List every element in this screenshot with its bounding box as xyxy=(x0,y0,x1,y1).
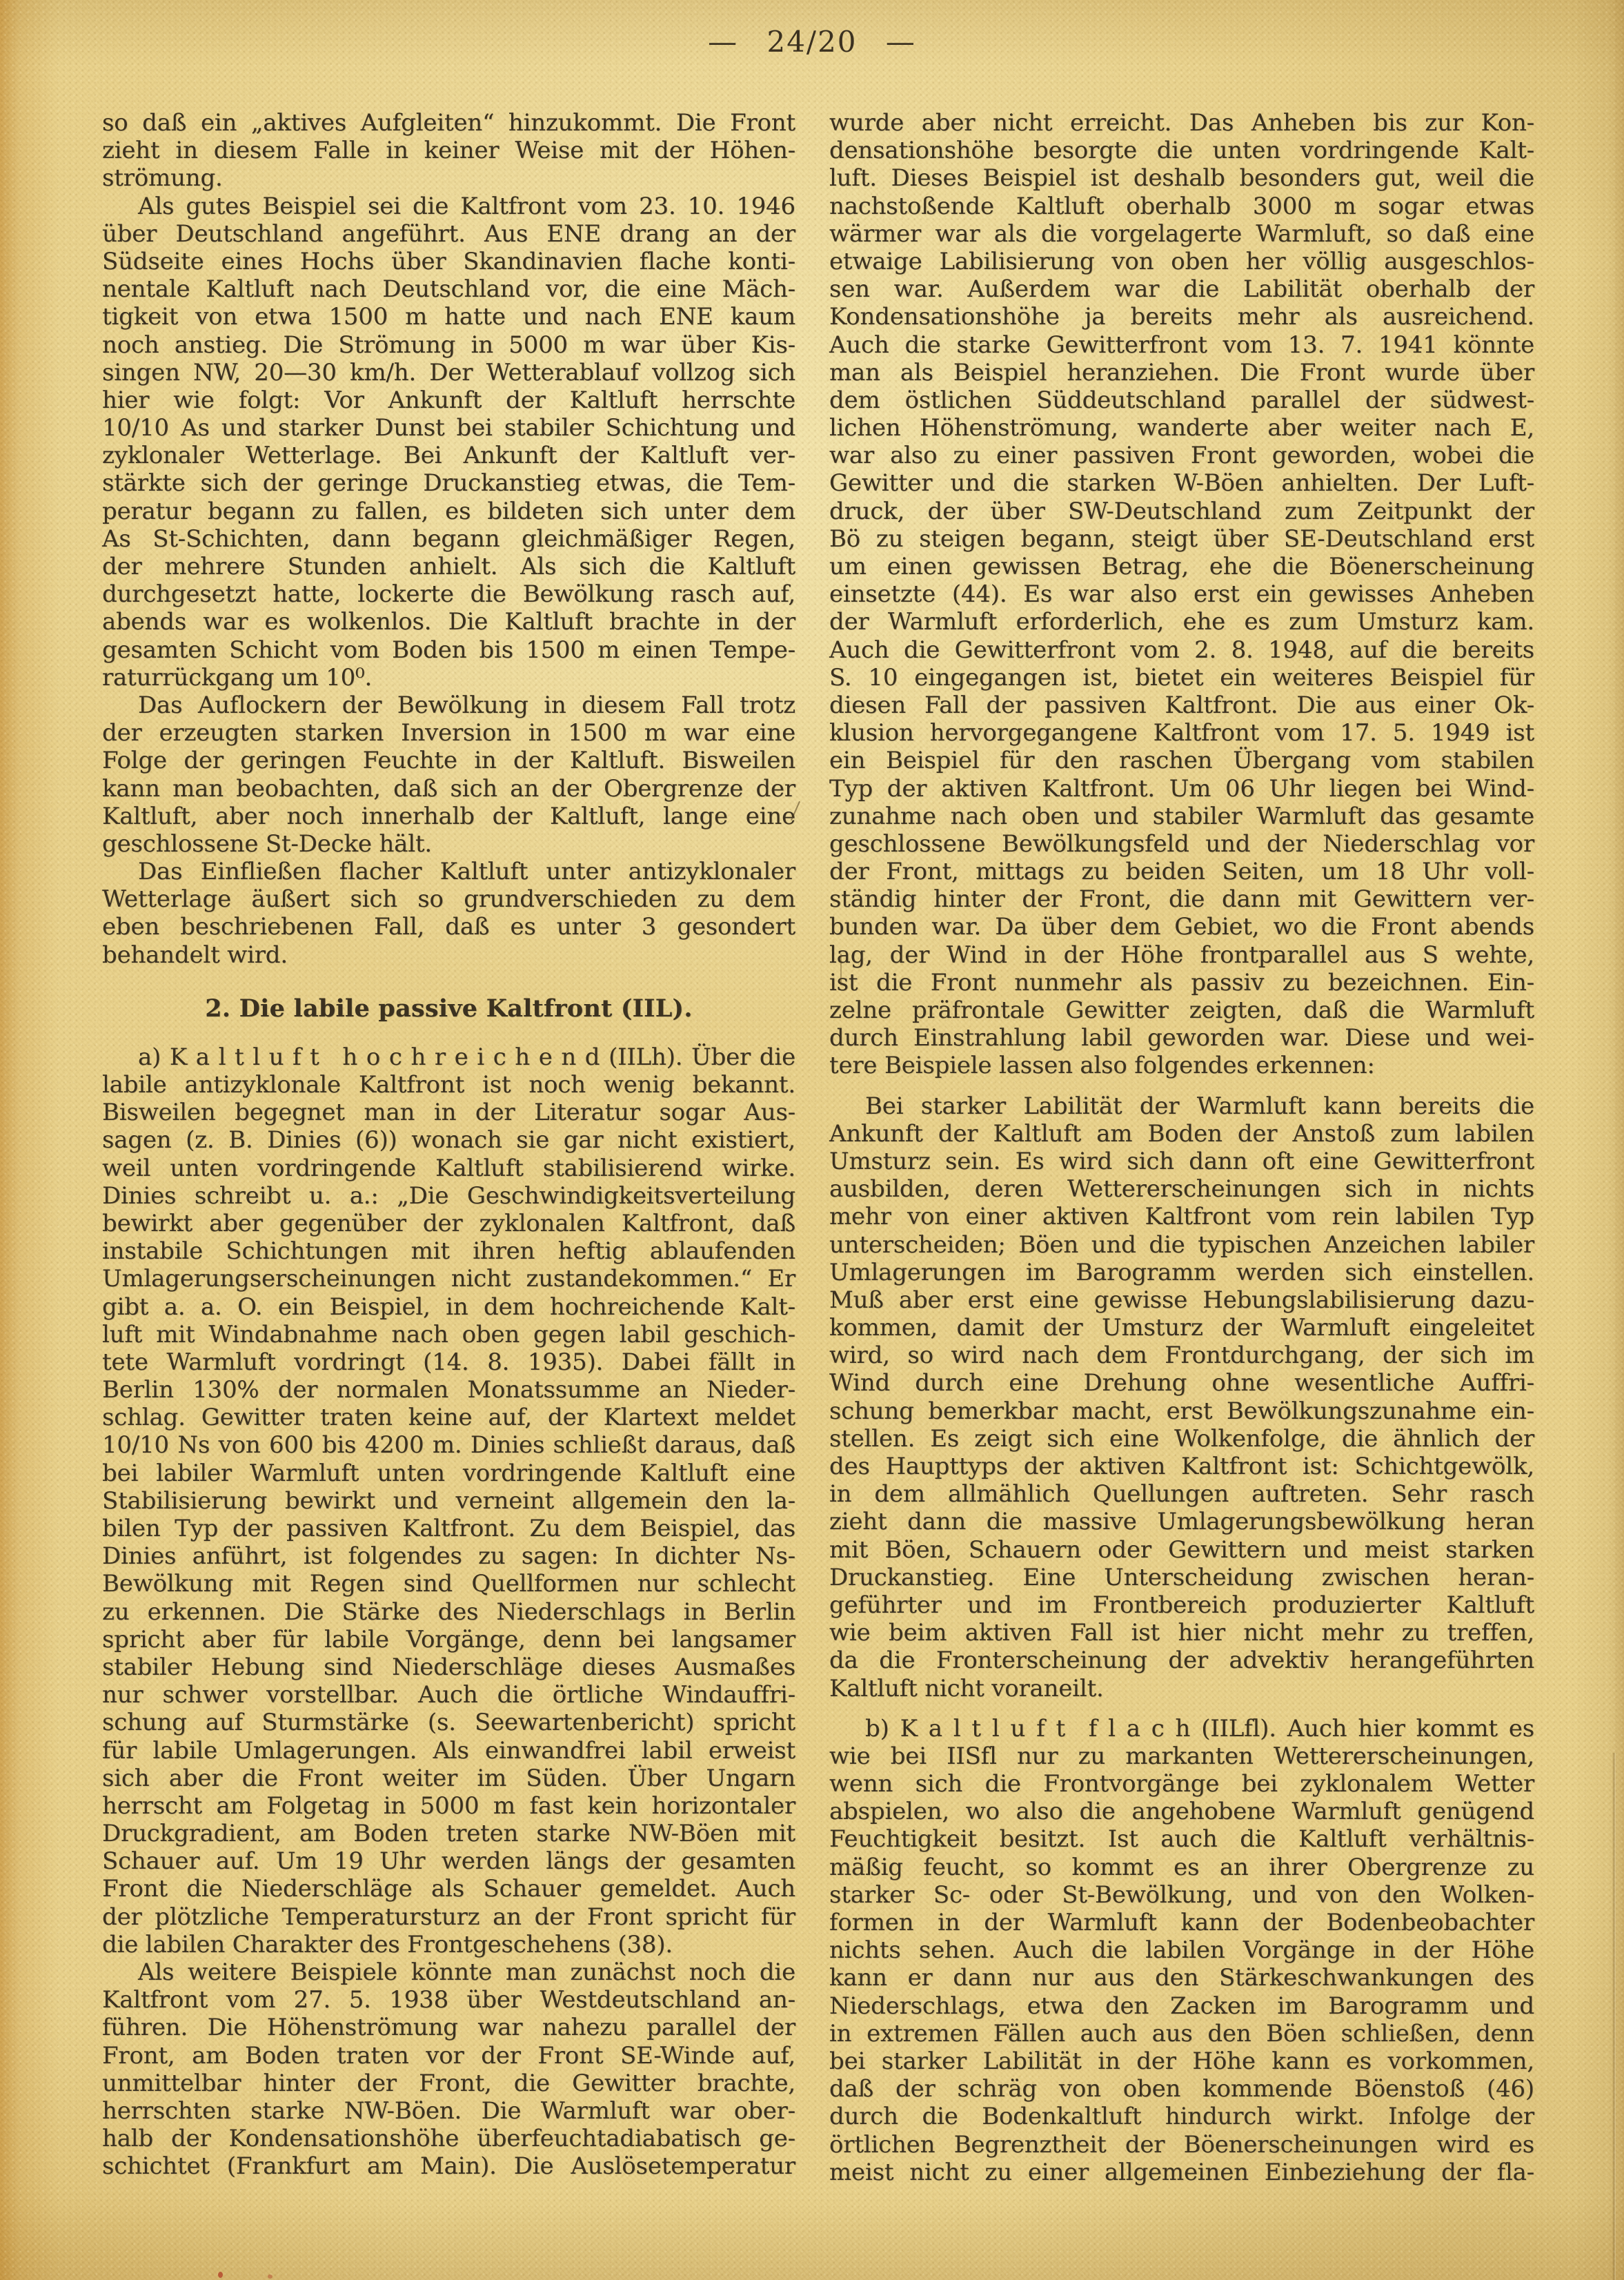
paragraph: wurde aber nicht erreicht. Das Anheben b… xyxy=(829,109,1534,1080)
text-line: Südseite eines Hochs über Skandinavien f… xyxy=(102,248,795,275)
paragraph: a) K a l t l u f t h o c h r e i c h e n… xyxy=(102,1043,795,1958)
text-line: Front die Niederschläge als Schauer geme… xyxy=(102,1875,795,1903)
text-line: wenn sich die Frontvorgänge bei zyklonal… xyxy=(829,1770,1534,1798)
paragraph: b) K a l t l u f t f l a c h (IILfl). Au… xyxy=(829,1715,1534,2186)
paragraph: Als weitere Beispiele könnte man zunächs… xyxy=(102,1958,795,2181)
text-line: abends war es wolkenlos. Die Kaltluft br… xyxy=(102,608,795,636)
text-line: druck, der über SW-Deutschland zum Zeitp… xyxy=(829,498,1534,525)
text-line: eben beschriebenen Fall, daß es unter 3 … xyxy=(102,913,795,941)
text-line: zieht dann die massive Umlagerungsbewölk… xyxy=(829,1508,1534,1535)
text-line: der erzeugten starken Inversion in 1500 … xyxy=(102,719,795,747)
text-line: Bei starker Labilität der Warmluft kann … xyxy=(829,1092,1534,1120)
text-line: Kaltluft nicht voraneilt. xyxy=(829,1675,1534,1702)
text-line: einsetzte (44). Es war also erst ein gew… xyxy=(829,580,1534,608)
text-line: As St-Schichten, dann begann gleichmäßig… xyxy=(102,525,795,553)
text-line: etwaige Labilisierung von oben her völli… xyxy=(829,248,1534,275)
text-line: bunden war. Da über dem Gebiet, wo die F… xyxy=(829,913,1534,941)
text-line: lag, der Wind in der Höhe frontparallel … xyxy=(829,941,1534,969)
text-line: schlag. Gewitter traten keine auf, der K… xyxy=(102,1404,795,1431)
text-line: luft mit Windabnahme nach oben gegen lab… xyxy=(102,1321,795,1348)
text-line: dem östlichen Süddeutschland parallel de… xyxy=(829,386,1534,414)
text-line: Typ der aktiven Kaltfront. Um 06 Uhr lie… xyxy=(829,775,1534,803)
text-line: Front, am Boden traten vor der Front SE-… xyxy=(102,2042,795,2070)
text-line: nur schwer vorstellbar. Auch die örtlich… xyxy=(102,1681,795,1709)
text-line: der mehrere Stunden anhielt. Als sich di… xyxy=(102,553,795,580)
text-line: war also zu einer passiven Front geworde… xyxy=(829,442,1534,469)
text-line: Kondensationshöhe ja bereits mehr als au… xyxy=(829,303,1534,331)
text-line: Bewölkung mit Regen sind Quellformen nur… xyxy=(102,1570,795,1598)
text-line: in dem allmählich Quellungen auftreten. … xyxy=(829,1480,1534,1508)
paragraph: Das Auflockern der Bewölkung in diesem F… xyxy=(102,691,795,858)
text-line: lichen Höhenströmung, wanderte aber weit… xyxy=(829,414,1534,442)
text-line: des Haupttyps der aktiven Kaltfront ist:… xyxy=(829,1453,1534,1480)
text-line: ständig hinter der Front, die dann mit G… xyxy=(829,885,1534,913)
scanned-book-page: — 24/20 — so daß ein „aktives Aufgleiten… xyxy=(0,0,1624,2280)
text-line: 10/10 As und starker Dunst bei stabiler … xyxy=(102,414,795,442)
scan-scratch-mark xyxy=(840,954,842,985)
text-line: wärmer war als die vorgelagerte Warmluft… xyxy=(829,220,1534,248)
text-line: Auch die Gewitterfront vom 2. 8. 1948, a… xyxy=(829,636,1534,664)
text-line: Kaltfront vom 27. 5. 1938 über Westdeuts… xyxy=(102,1986,795,2014)
text-line: Stabilisierung bewirkt und verneint allg… xyxy=(102,1487,795,1515)
text-column-left: so daß ein „aktives Aufgleiten“ hinzukom… xyxy=(102,109,795,2181)
text-line: Folge der geringen Feuchte in der Kaltlu… xyxy=(102,747,795,774)
text-line: kommen, damit der Umsturz der Warmluft e… xyxy=(829,1314,1534,1342)
text-line: daß der schräg von oben kommende Böensto… xyxy=(829,2075,1534,2103)
text-line: meist nicht zu einer allgemeinen Einbezi… xyxy=(829,2159,1534,2186)
text-line: kann man beobachten, daß sich an der Obe… xyxy=(102,775,795,803)
text-line: Druckgradient, am Boden treten starke NW… xyxy=(102,1820,795,1847)
text-line: Feuchtigkeit besitzt. Ist auch die Kaltl… xyxy=(829,1825,1534,1853)
text-line: herrschten starke NW-Böen. Die Warmluft … xyxy=(102,2097,795,2125)
text-line: peratur begann zu fallen, es bildeten si… xyxy=(102,498,795,525)
text-line: wie beim aktiven Fall ist hier nicht meh… xyxy=(829,1619,1534,1647)
text-line: hier wie folgt: Vor Ankunft der Kaltluft… xyxy=(102,386,795,414)
text-line: durchgesetzt hatte, lockerte die Bewölku… xyxy=(102,580,795,608)
paragraph: Bei starker Labilität der Warmluft kann … xyxy=(829,1092,1534,1702)
text-line: behandelt wird. xyxy=(102,941,795,969)
text-line: geschlossene St-Decke hält. xyxy=(102,830,795,858)
text-line: ein Beispiel für den raschen Übergang vo… xyxy=(829,747,1534,774)
text-line: um einen gewissen Betrag, ehe die Böener… xyxy=(829,553,1534,580)
text-line: sen war. Außerdem war die Labilität ober… xyxy=(829,275,1534,303)
text-line: stellen. Es zeigt sich eine Wolkenfolge,… xyxy=(829,1425,1534,1453)
text-line: der Warmluft erforderlich, ehe es zum Um… xyxy=(829,608,1534,636)
scan-speck xyxy=(218,2272,223,2278)
text-line: der Front, mittags zu beiden Seiten, um … xyxy=(829,858,1534,885)
text-line: Dinies anführt, ist folgendes zu sagen: … xyxy=(102,1542,795,1570)
text-line: Auch die starke Gewitterfront vom 13. 7.… xyxy=(829,331,1534,359)
text-line: abspielen, wo also die angehobene Warmlu… xyxy=(829,1798,1534,1825)
text-line: zu erkennen. Die Stärke des Niederschlag… xyxy=(102,1598,795,1626)
text-line: zieht in diesem Falle in keiner Weise mi… xyxy=(102,137,795,164)
text-line: unmittelbar hinter der Front, die Gewitt… xyxy=(102,2070,795,2097)
text-line: Umsturz sein. Es wird sich dann oft eine… xyxy=(829,1148,1534,1175)
text-line: man als Beispiel heranziehen. Die Front … xyxy=(829,359,1534,386)
text-line: der plötzliche Temperatursturz an der Fr… xyxy=(102,1903,795,1931)
text-line: luft. Dieses Beispiel ist deshalb besond… xyxy=(829,164,1534,192)
text-line: instabile Schichtungen mit ihren heftig … xyxy=(102,1237,795,1265)
text-line: in extremen Fällen auch aus den Böen sch… xyxy=(829,2020,1534,2047)
text-line: durch die Bodenkaltluft hindurch wirkt. … xyxy=(829,2103,1534,2130)
text-line: mit Böen, Schauern oder Gewittern und me… xyxy=(829,1536,1534,1564)
text-line: Bö zu steigen begann, steigt über SE-Deu… xyxy=(829,525,1534,553)
text-line: wurde aber nicht erreicht. Das Anheben b… xyxy=(829,109,1534,137)
text-line: sich aber die Front weiter im Süden. Übe… xyxy=(102,1765,795,1792)
text-line: kann er dann nur aus den Stärkeschwankun… xyxy=(829,1964,1534,1992)
text-line: so daß ein „aktives Aufgleiten“ hinzukom… xyxy=(102,109,795,137)
text-line: stabiler Hebung sind Niederschläge diese… xyxy=(102,1653,795,1681)
text-line: die labilen Charakter des Frontgeschehen… xyxy=(102,1931,795,1958)
text-line: herrscht am Folgetag in 5000 m fast kein… xyxy=(102,1792,795,1820)
text-line: spricht aber für labile Vorgänge, denn b… xyxy=(102,1626,795,1653)
text-line: Dinies schreibt u. a.: „Die Geschwindigk… xyxy=(102,1182,795,1210)
text-line: Druckanstieg. Eine Unterscheidung zwisch… xyxy=(829,1564,1534,1591)
section-heading: 2. Die labile passive Kaltfront (IIL). xyxy=(102,995,795,1023)
text-line: schung bemerkbar macht, erst Bewölkungsz… xyxy=(829,1397,1534,1425)
text-line: Bisweilen begegnet man in der Literatur … xyxy=(102,1099,795,1126)
text-column-right: wurde aber nicht erreicht. Das Anheben b… xyxy=(829,109,1534,2186)
text-line: Ankunft der Kaltluft am Boden der Anstoß… xyxy=(829,1120,1534,1148)
text-line: stärkte sich der geringe Druckanstieg et… xyxy=(102,469,795,497)
text-line: bilen Typ der passiven Kaltfront. Zu dem… xyxy=(102,1515,795,1542)
text-line: labile antizyklonale Kaltfront ist noch … xyxy=(102,1071,795,1099)
text-line: bei starker Labilität in der Höhe kann e… xyxy=(829,2047,1534,2075)
text-line: gibt a. a. O. ein Beispiel, in dem hochr… xyxy=(102,1293,795,1321)
text-line: ausbilden, deren Wettererscheinungen sic… xyxy=(829,1175,1534,1203)
text-line: a) K a l t l u f t h o c h r e i c h e n… xyxy=(102,1043,795,1071)
text-line: Kaltluft, aber noch innerhalb der Kaltlu… xyxy=(102,803,795,830)
text-line: zyklonaler Wetterlage. Bei Ankunft der K… xyxy=(102,442,795,469)
text-line: wie bei IISfl nur zu markanten Wetterers… xyxy=(829,1742,1534,1770)
text-line: Gewitter und die starken W-Böen anhielte… xyxy=(829,469,1534,497)
text-line: Das Einfließen flacher Kaltluft unter an… xyxy=(102,858,795,885)
paragraph: Als gutes Beispiel sei die Kaltfront vom… xyxy=(102,193,795,691)
text-line: S. 10 eingegangen ist, bietet ein weiter… xyxy=(829,664,1534,691)
text-line: Wetterlage äußert sich so grundverschied… xyxy=(102,885,795,913)
paragraph: Das Einfließen flacher Kaltluft unter an… xyxy=(102,858,795,969)
text-line: bei labiler Warmluft unten vordringende … xyxy=(102,1460,795,1487)
text-line: örtlichen Begrenztheit der Böenerscheinu… xyxy=(829,2131,1534,2159)
text-line: zelne präfrontale Gewitter zeigten, daß … xyxy=(829,996,1534,1024)
text-line: bewirkt aber gegenüber der zyklonalen Ka… xyxy=(102,1210,795,1237)
page-number: — 24/20 — xyxy=(0,25,1624,59)
text-line: sagen (z. B. Dinies (6)) wonach sie gar … xyxy=(102,1126,795,1154)
text-line: Als gutes Beispiel sei die Kaltfront vom… xyxy=(102,193,795,220)
page-edge-crease xyxy=(1612,1753,1616,2280)
text-line: schung auf Sturmstärke (s. Seewartenberi… xyxy=(102,1709,795,1736)
text-line: führen. Die Höhenströmung war nahezu par… xyxy=(102,2014,795,2041)
text-line: durch Einstrahlung labil geworden war. D… xyxy=(829,1024,1534,1052)
text-line: weil unten vordringende Kaltluft stabili… xyxy=(102,1154,795,1182)
paragraph: so daß ein „aktives Aufgleiten“ hinzukom… xyxy=(102,109,795,193)
text-line: formen in der Warmluft kann der Bodenbeo… xyxy=(829,1909,1534,1936)
text-line: über Deutschland angeführt. Aus ENE dran… xyxy=(102,220,795,248)
text-line: für labile Umlagerungen. Als einwandfrei… xyxy=(102,1737,795,1765)
text-line: Umlagerungen im Barogramm werden sich ei… xyxy=(829,1259,1534,1286)
text-line: zunahme nach oben und stabiler Warmluft … xyxy=(829,803,1534,830)
text-line: mäßig feucht, so kommt es an ihrer Oberg… xyxy=(829,1854,1534,1881)
text-line: Als weitere Beispiele könnte man zunächs… xyxy=(102,1958,795,1986)
text-line: Muß aber erst eine gewisse Hebungslabili… xyxy=(829,1286,1534,1314)
text-line: b) K a l t l u f t f l a c h (IILfl). Au… xyxy=(829,1715,1534,1742)
text-line: tigkeit von etwa 1500 m hatte und nach E… xyxy=(102,303,795,331)
text-line: tere Beispiele lassen also folgendes erk… xyxy=(829,1052,1534,1079)
text-line: Schauer auf. Um 19 Uhr werden längs der … xyxy=(102,1847,795,1875)
text-line: geführter und im Frontbereich produziert… xyxy=(829,1591,1534,1619)
text-line: singen NW, 20—30 km/h. Der Wetterablauf … xyxy=(102,359,795,386)
scan-speck xyxy=(268,2274,273,2279)
text-line: da die Fronterscheinung der advektiv her… xyxy=(829,1647,1534,1674)
text-line: raturrückgang um 10⁰. xyxy=(102,664,795,691)
text-line: starker Sc- oder St-Bewölkung, und von d… xyxy=(829,1881,1534,1909)
text-line: 10/10 Ns von 600 bis 4200 m. Dinies schl… xyxy=(102,1431,795,1459)
text-line: mehr von einer aktiven Kaltfront vom rei… xyxy=(829,1203,1534,1230)
text-line: Berlin 130% der normalen Monatssumme an … xyxy=(102,1376,795,1404)
text-line: strömung. xyxy=(102,164,795,192)
text-line: gesamten Schicht vom Boden bis 1500 m ei… xyxy=(102,636,795,664)
text-line: Das Auflockern der Bewölkung in diesem F… xyxy=(102,691,795,719)
text-line: nentale Kaltluft nach Deutschland vor, d… xyxy=(102,275,795,303)
text-line: Wind durch eine Drehung ohne wesentliche… xyxy=(829,1369,1534,1397)
text-line: halb der Kondensationshöhe überfeuchtadi… xyxy=(102,2125,795,2152)
text-line: densationshöhe besorgte die unten vordri… xyxy=(829,137,1534,164)
text-line: wird, so wird nach dem Frontdurchgang, d… xyxy=(829,1342,1534,1369)
text-line: ist die Front nunmehr als passiv zu beze… xyxy=(829,969,1534,996)
text-line: Niederschlags, etwa den Zacken im Barogr… xyxy=(829,1992,1534,2020)
text-line: nichts sehen. Auch die labilen Vorgänge … xyxy=(829,1936,1534,1964)
text-line: diesen Fall der passiven Kaltfront. Die … xyxy=(829,691,1534,719)
text-line: schichtet (Frankfurt am Main). Die Auslö… xyxy=(102,2152,795,2180)
text-line: klusion hervorgegangene Kaltfront vom 17… xyxy=(829,719,1534,747)
text-line: unterscheiden; Böen und die typischen An… xyxy=(829,1231,1534,1259)
text-line: noch anstieg. Die Strömung in 5000 m war… xyxy=(102,331,795,359)
text-line: Umlagerungserscheinungen nicht zustandek… xyxy=(102,1265,795,1293)
text-line: geschlossene Bewölkungsfeld und der Nied… xyxy=(829,830,1534,858)
text-line: tete Warmluft vordringt (14. 8. 1935). D… xyxy=(102,1348,795,1376)
text-line: nachstoßende Kaltluft oberhalb 3000 m so… xyxy=(829,193,1534,220)
